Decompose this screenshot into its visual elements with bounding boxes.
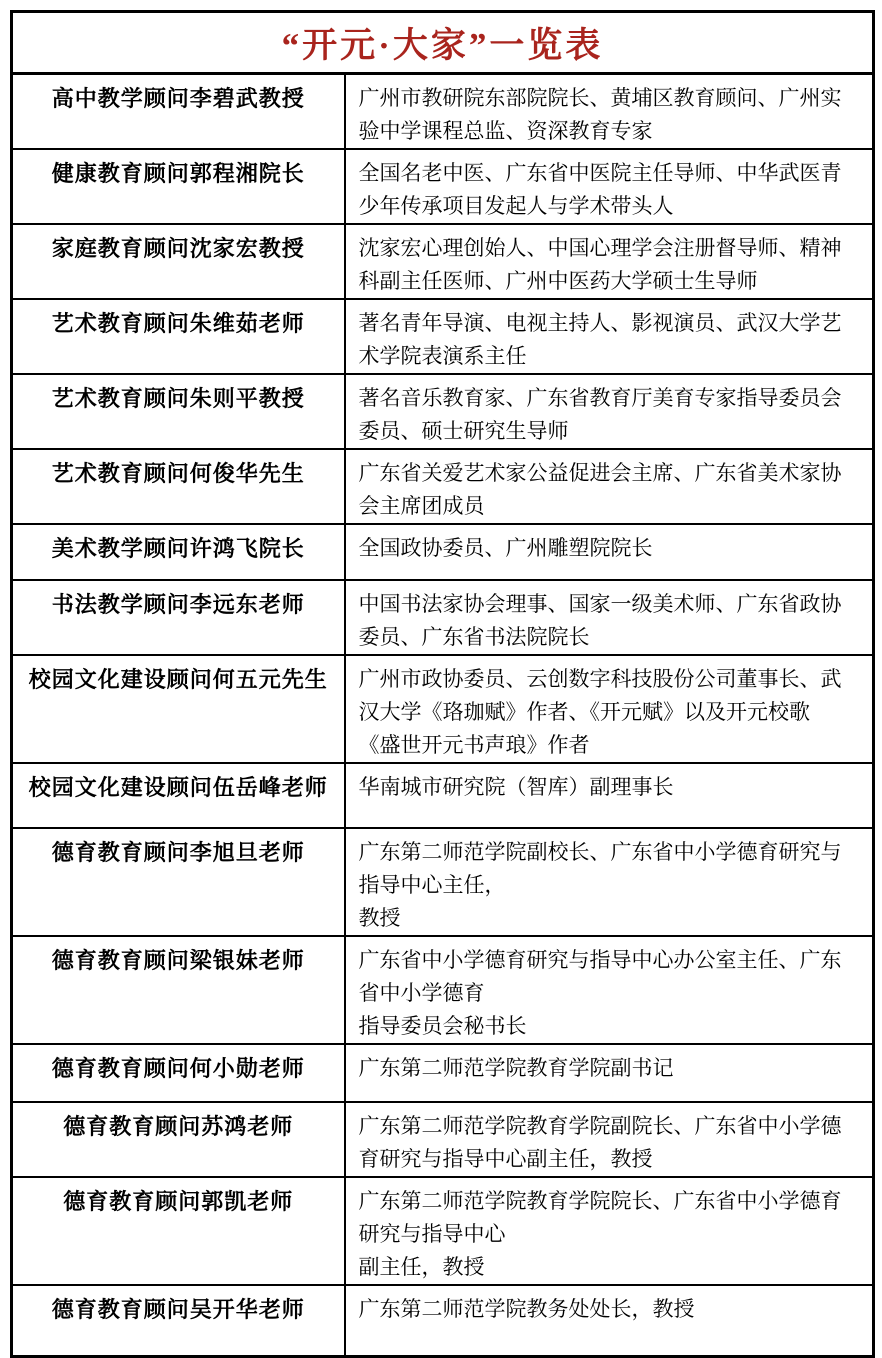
description-cell: 广州市教研院东部院院长、黄埔区教育顾问、广州实 验中学课程总监、资深教育专家 xyxy=(345,74,874,150)
advisor-cell: 家庭教育顾问沈家宏教授 xyxy=(12,224,345,299)
table-row: 德育教育顾问梁银妹老师 广东省中小学德育研究与指导中心办公室主任、广东 省中小学… xyxy=(12,936,874,1044)
advisor-cell: 德育教育顾问苏鸿老师 xyxy=(12,1102,345,1177)
table-row: 家庭教育顾问沈家宏教授 沈家宏心理创始人、中国心理学会注册督导师、精神 科副主任… xyxy=(12,224,874,299)
table-row: 德育教育顾问苏鸿老师 广东第二师范学院教育学院副院长、广东省中小学德 育研究与指… xyxy=(12,1102,874,1177)
description-cell: 著名音乐教育家、广东省教育厅美育专家指导委员会 委员、硕士研究生导师 xyxy=(345,374,874,449)
table-row: 美术教学顾问许鸿飞院长 全国政协委员、广州雕塑院院长 xyxy=(12,524,874,580)
description-cell: 广东第二师范学院副校长、广东省中小学德育研究与 指导中心主任， 教授 xyxy=(345,828,874,936)
advisor-cell: 校园文化建设顾问伍岳峰老师 xyxy=(12,763,345,828)
advisor-cell: 书法教学顾问李远东老师 xyxy=(12,580,345,655)
advisor-cell: 德育教育顾问吴开华老师 xyxy=(12,1285,345,1356)
title-row: “开元·大家”一览表 xyxy=(12,12,874,74)
table-row: 艺术教育顾问何俊华先生 广东省关爱艺术家公益促进会主席、广东省美术家协 会主席团… xyxy=(12,449,874,524)
table-row: 艺术教育顾问朱维茹老师 著名青年导演、电视主持人、影视演员、武汉大学艺 术学院表… xyxy=(12,299,874,374)
description-cell: 中国书法家协会理事、国家一级美术师、广东省政协 委员、广东省书法院院长 xyxy=(345,580,874,655)
description-cell: 广东第二师范学院教务处处长，教授 xyxy=(345,1285,874,1356)
description-cell: 著名青年导演、电视主持人、影视演员、武汉大学艺 术学院表演系主任 xyxy=(345,299,874,374)
table-row: 德育教育顾问吴开华老师 广东第二师范学院教务处处长，教授 xyxy=(12,1285,874,1356)
description-cell: 全国政协委员、广州雕塑院院长 xyxy=(345,524,874,580)
document-page: “开元·大家”一览表 高中教学顾问李碧武教授 广州市教研院东部院院长、黄埔区教育… xyxy=(0,0,882,1276)
advisor-cell: 健康教育顾问郭程湘院长 xyxy=(12,149,345,224)
description-cell: 广东省关爱艺术家公益促进会主席、广东省美术家协 会主席团成员 xyxy=(345,449,874,524)
table-row: 高中教学顾问李碧武教授 广州市教研院东部院院长、黄埔区教育顾问、广州实 验中学课… xyxy=(12,74,874,150)
advisor-cell: 校园文化建设顾问何五元先生 xyxy=(12,655,345,763)
table-row: 德育教育顾问郭凯老师 广东第二师范学院教育学院院长、广东省中小学德育 研究与指导… xyxy=(12,1177,874,1285)
description-cell: 广东第二师范学院教育学院副院长、广东省中小学德 育研究与指导中心副主任，教授 xyxy=(345,1102,874,1177)
table-row: 书法教学顾问李远东老师 中国书法家协会理事、国家一级美术师、广东省政协 委员、广… xyxy=(12,580,874,655)
description-cell: 广东第二师范学院教育学院院长、广东省中小学德育 研究与指导中心 副主任，教授 xyxy=(345,1177,874,1285)
advisor-roster-table: “开元·大家”一览表 高中教学顾问李碧武教授 广州市教研院东部院院长、黄埔区教育… xyxy=(10,10,875,1358)
description-cell: 沈家宏心理创始人、中国心理学会注册督导师、精神 科副主任医师、广州中医药大学硕士… xyxy=(345,224,874,299)
advisor-cell: 艺术教育顾问何俊华先生 xyxy=(12,449,345,524)
table-row: 德育教育顾问李旭旦老师 广东第二师范学院副校长、广东省中小学德育研究与 指导中心… xyxy=(12,828,874,936)
advisor-cell: 德育教育顾问郭凯老师 xyxy=(12,1177,345,1285)
table-row: 健康教育顾问郭程湘院长 全国名老中医、广东省中医院主任导师、中华武医青 少年传承… xyxy=(12,149,874,224)
description-cell: 华南城市研究院（智库）副理事长 xyxy=(345,763,874,828)
description-cell: 广东第二师范学院教育学院副书记 xyxy=(345,1044,874,1102)
description-cell: 全国名老中医、广东省中医院主任导师、中华武医青 少年传承项目发起人与学术带头人 xyxy=(345,149,874,224)
advisor-cell: 德育教育顾问李旭旦老师 xyxy=(12,828,345,936)
table-row: 德育教育顾问何小勋老师 广东第二师范学院教育学院副书记 xyxy=(12,1044,874,1102)
advisor-cell: 艺术教育顾问朱则平教授 xyxy=(12,374,345,449)
advisor-cell: 高中教学顾问李碧武教授 xyxy=(12,74,345,150)
advisor-cell: 美术教学顾问许鸿飞院长 xyxy=(12,524,345,580)
advisor-cell: 艺术教育顾问朱维茹老师 xyxy=(12,299,345,374)
description-cell: 广东省中小学德育研究与指导中心办公室主任、广东 省中小学德育 指导委员会秘书长 xyxy=(345,936,874,1044)
table-row: 校园文化建设顾问何五元先生 广州市政协委员、云创数字科技股份公司董事长、武 汉大… xyxy=(12,655,874,763)
description-cell: 广州市政协委员、云创数字科技股份公司董事长、武 汉大学《珞珈赋》作者、《开元赋》… xyxy=(345,655,874,763)
table-row: 艺术教育顾问朱则平教授 著名音乐教育家、广东省教育厅美育专家指导委员会 委员、硕… xyxy=(12,374,874,449)
advisor-cell: 德育教育顾问何小勋老师 xyxy=(12,1044,345,1102)
table-row: 校园文化建设顾问伍岳峰老师 华南城市研究院（智库）副理事长 xyxy=(12,763,874,828)
advisor-cell: 德育教育顾问梁银妹老师 xyxy=(12,936,345,1044)
page-title: “开元·大家”一览表 xyxy=(12,12,874,74)
